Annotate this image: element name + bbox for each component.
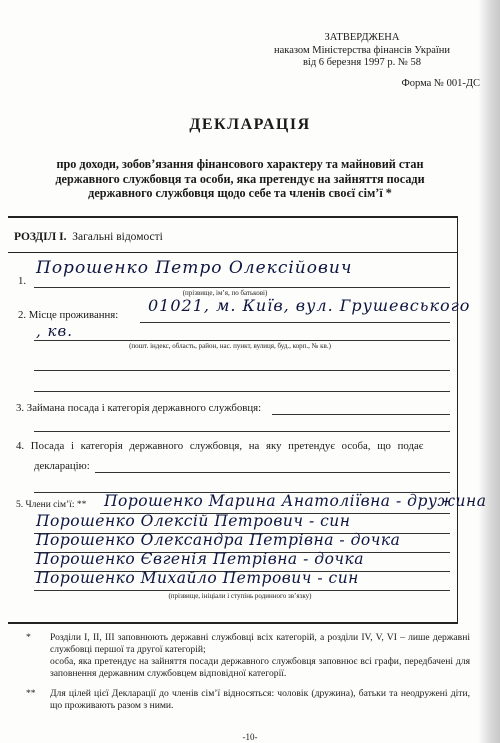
scan-edge-shadow [478, 0, 500, 743]
footnotes: * Розділи І, ІІ, ІІІ заповнюють державні… [20, 632, 470, 720]
approval-stamp: ЗАТВЕРДЖЕНА наказом Міністерства фінансі… [262, 32, 462, 70]
approved-label: ЗАТВЕРДЖЕНА [262, 32, 462, 45]
section-heading: РОЗДІЛ І. Загальні відомості [14, 231, 163, 243]
order-line-2: від 6 березня 1997 р. № 58 [262, 57, 462, 70]
section-divider [8, 252, 458, 253]
footnote-1-mark: * [20, 632, 50, 680]
family-member-2[interactable]: Порошенко Олексій Петрович - син [36, 512, 351, 530]
field-2-hint: (пошт. індекс, область, район, нас. пунк… [90, 342, 370, 350]
field-4-label-2: декларацію: [34, 460, 90, 472]
subtitle-line-3: державного службовця щодо себе та членів… [20, 186, 460, 201]
field-2-line-1 [140, 322, 450, 323]
field-2-label: 2. Місце проживання: [18, 309, 118, 321]
field-1-line [34, 287, 450, 288]
field-5-line-5 [34, 590, 450, 591]
footnote-2-mark: ** [20, 688, 50, 712]
subtitle-line-1: про доходи, зобов’язання фінансового хар… [20, 157, 460, 172]
document-title: ДЕКЛАРАЦІЯ [0, 116, 500, 134]
declaration-page: ЗАТВЕРДЖЕНА наказом Міністерства фінансі… [0, 0, 500, 743]
family-member-4[interactable]: Порошенко Євгенія Петрівна - дочка [36, 550, 364, 568]
document-subtitle: про доходи, зобов’язання фінансового хар… [20, 157, 460, 201]
field-3-line-1[interactable] [272, 414, 450, 415]
field-2-line-2 [34, 340, 450, 341]
field-2-address-value[interactable]: 01021, м. Київ, вул. Грушевського [148, 296, 470, 315]
footnote-2: ** Для цілей цієї Декларації до членів с… [20, 688, 470, 712]
subtitle-line-2: державного службовця та особи, яка прете… [20, 172, 460, 187]
field-1-number: 1. [18, 275, 26, 287]
footnote-1: * Розділи І, ІІ, ІІІ заповнюють державні… [20, 632, 470, 680]
field-2-address-value-2[interactable]: , кв. [36, 322, 73, 340]
field-3-label: 3. Займана посада і категорія державного… [16, 402, 261, 414]
field-4-label-1: 4. Посада і категорія державного службов… [16, 440, 450, 452]
footnote-1-text: Розділи І, ІІ, ІІІ заповнюють державні с… [50, 632, 470, 656]
form-number: Форма № 001-ДС [340, 78, 480, 89]
page-number: -10- [0, 732, 500, 742]
field-5-hint: (прізвище, ініціали і ступінь родинного … [140, 592, 340, 600]
family-member-1[interactable]: Порошенко Марина Анатоліївна - дружина [104, 492, 486, 510]
section-name: Загальні відомості [72, 231, 163, 243]
field-5-label: 5. Члени сім’ї: ** [16, 500, 86, 510]
footnote-2-text: Для цілей цієї Декларації до членів сім’… [50, 688, 470, 712]
footnote-1-text-2: особа, яка претендує на зайняття посади … [50, 656, 470, 680]
field-3-line-2[interactable] [34, 431, 450, 432]
field-2-line-3 [34, 370, 450, 371]
section-label: РОЗДІЛ І. [14, 231, 66, 243]
order-line-1: наказом Міністерства фінансів України [262, 45, 462, 58]
field-4-line-1[interactable] [95, 472, 450, 473]
family-member-3[interactable]: Порошенко Олександра Петрівна - дочка [36, 531, 400, 549]
field-1-name-value[interactable]: Порошенко Петро Олексійович [36, 258, 352, 278]
family-member-5[interactable]: Порошенко Михайло Петрович - син [36, 569, 359, 587]
field-2-line-4 [34, 391, 450, 392]
